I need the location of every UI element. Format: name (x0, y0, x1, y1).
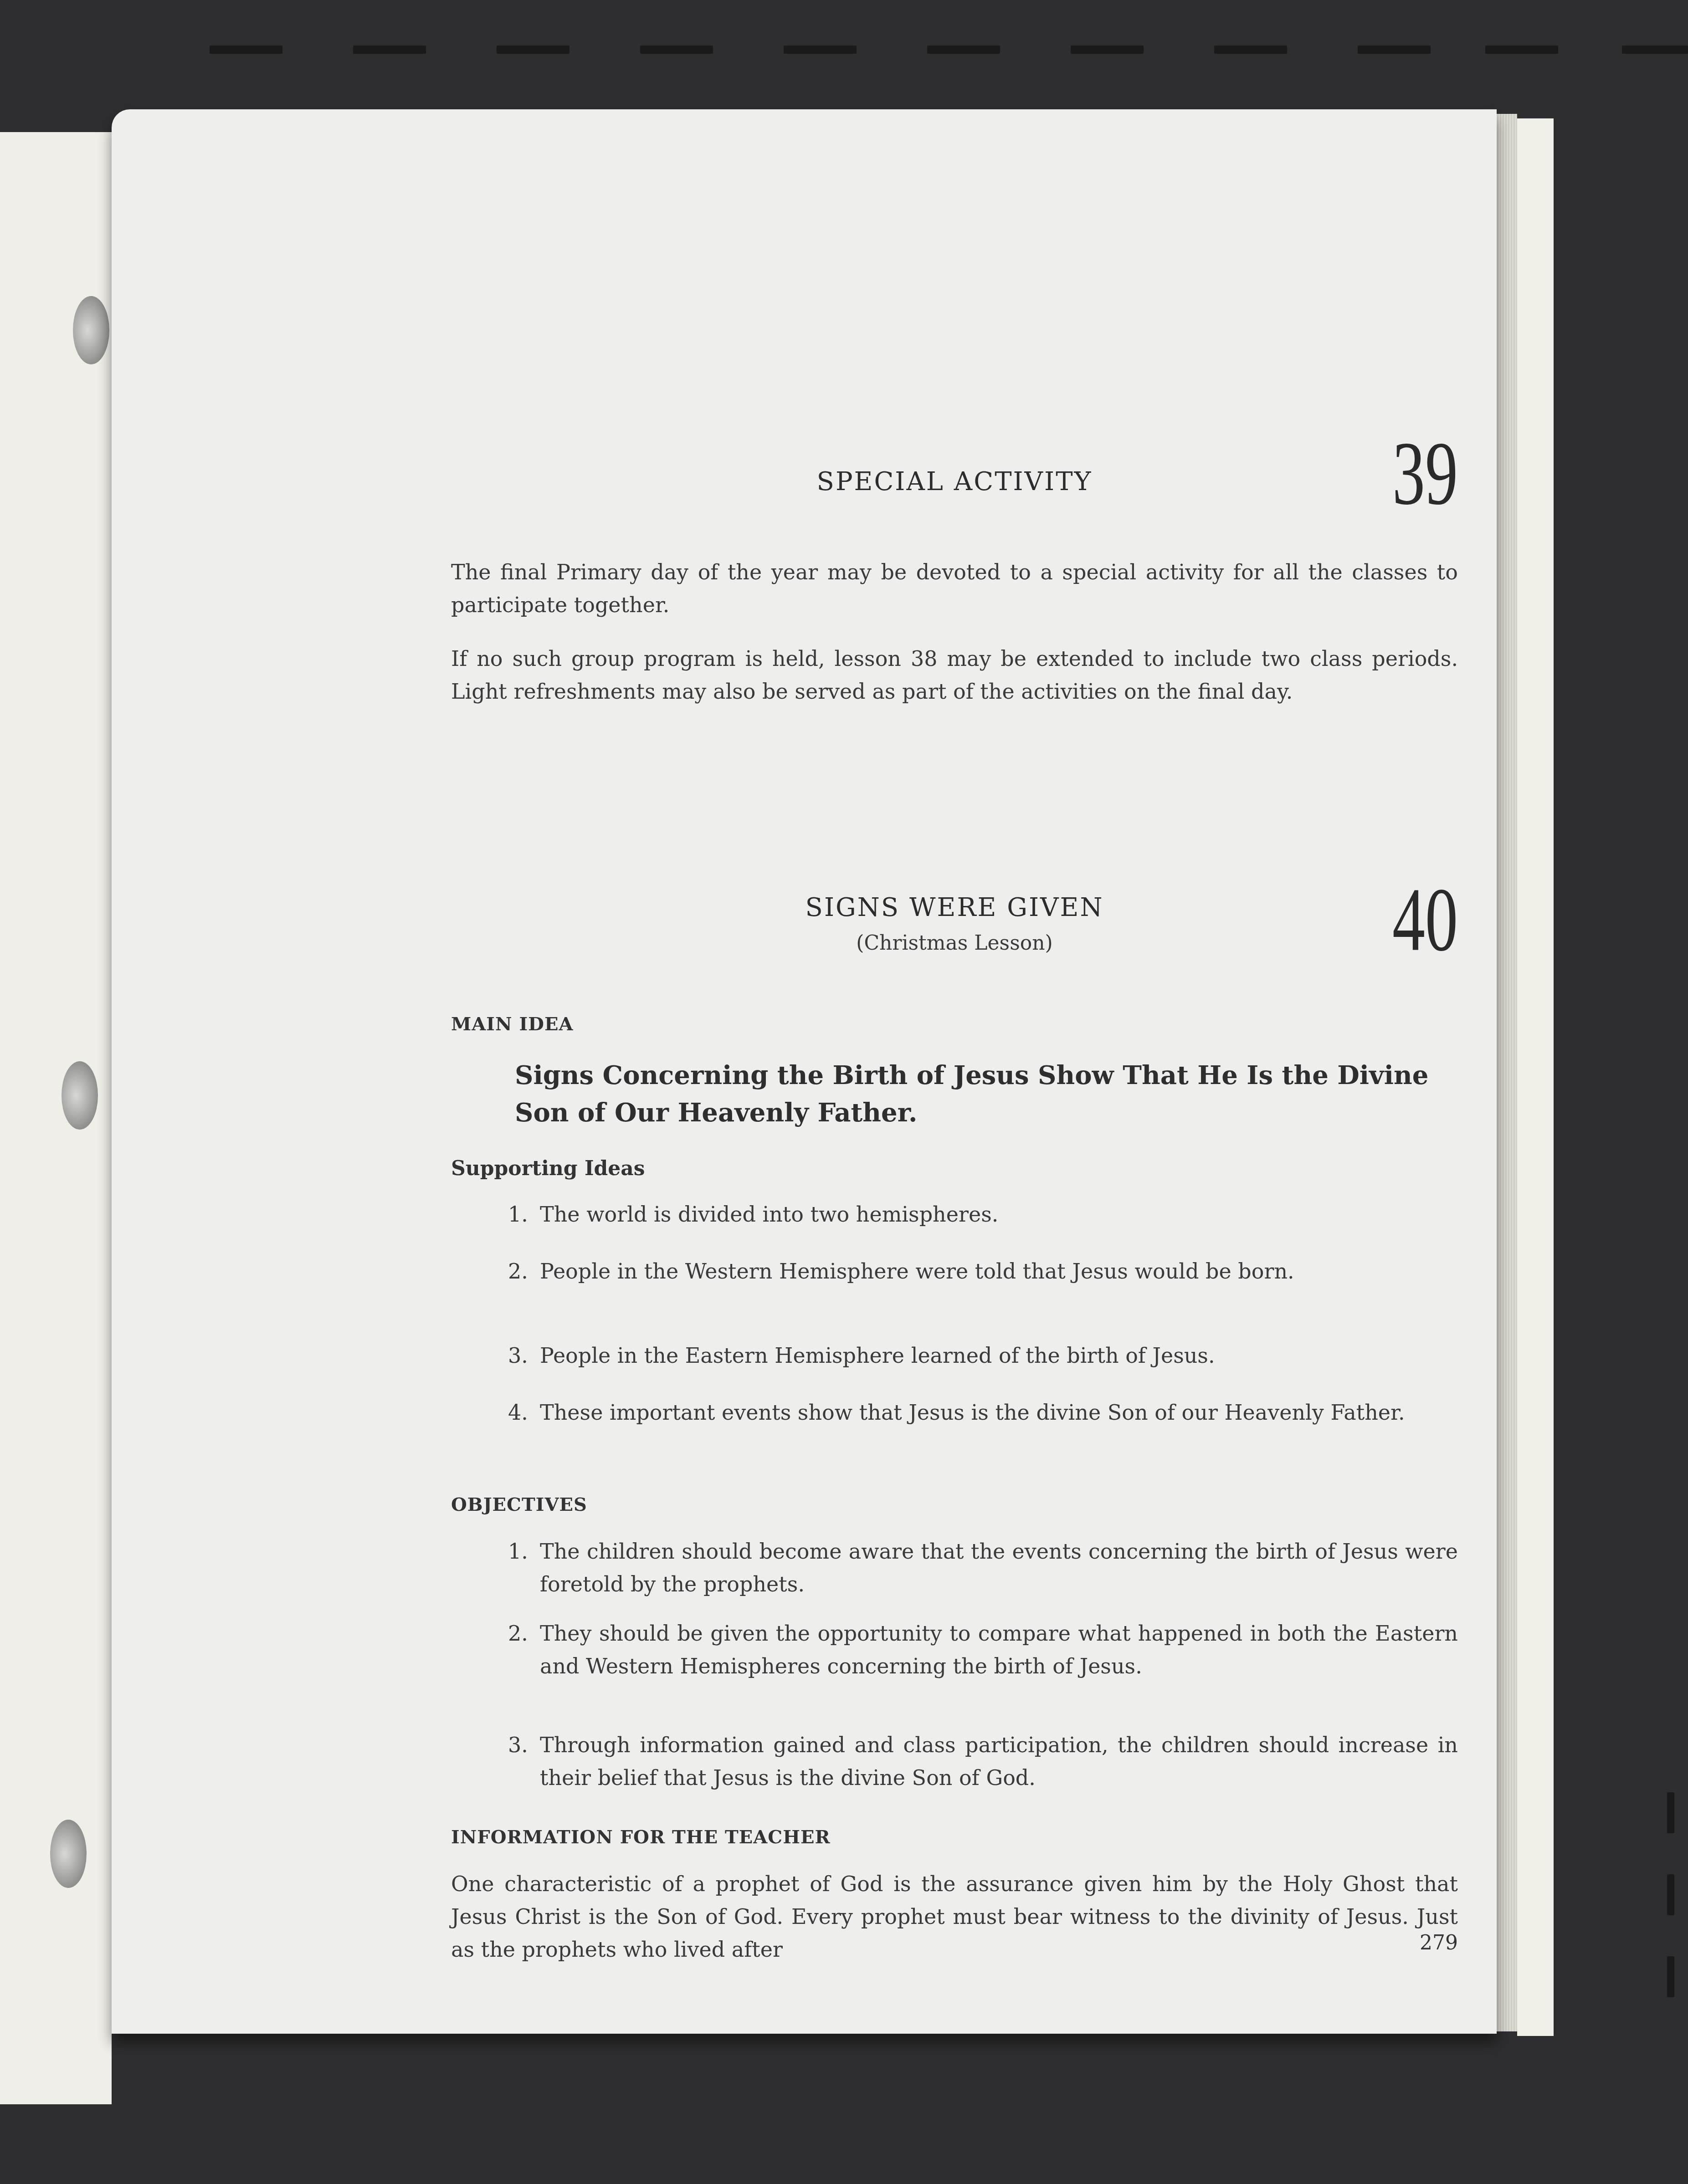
binder-hole (50, 1820, 87, 1888)
left-page-edge (0, 132, 112, 2104)
list-text: Through information gained and class par… (540, 1729, 1458, 1794)
binder-slot (1667, 1874, 1674, 1915)
objective-item: 3. Through information gained and class … (508, 1729, 1458, 1794)
binder-hole (73, 296, 109, 364)
binder-slot (497, 46, 570, 54)
list-text: People in the Western Hemisphere were to… (540, 1255, 1458, 1288)
list-text: The world is divided into two hemisphere… (540, 1198, 1458, 1231)
main-idea-statement: Signs Concerning the Birth of Jesus Show… (515, 1057, 1458, 1131)
supporting-idea-item: 2. People in the Western Hemisphere were… (508, 1255, 1458, 1288)
page-stack-back (1517, 118, 1554, 2036)
binder-slot (1358, 46, 1431, 54)
objectives-heading: OBJECTIVES (451, 1494, 587, 1515)
list-number: 2. (508, 1255, 540, 1288)
list-number: 4. (508, 1396, 540, 1429)
lesson-39-number: 39 (1392, 428, 1458, 519)
supporting-idea-item: 1. The world is divided into two hemisph… (508, 1198, 1458, 1231)
list-text: People in the Eastern Hemisphere learned… (540, 1339, 1458, 1372)
binder-slot (353, 46, 426, 54)
lesson-40-title: SIGNS WERE GIVEN (451, 893, 1458, 922)
binder-slot (640, 46, 713, 54)
binder-hole (62, 1061, 98, 1130)
objective-item: 2. They should be given the opportunity … (508, 1617, 1458, 1683)
binder-slot (1667, 1792, 1674, 1833)
supporting-idea-item: 4. These important events show that Jesu… (508, 1396, 1458, 1429)
lesson-39-title: SPECIAL ACTIVITY (451, 467, 1458, 496)
binder-slot (784, 46, 857, 54)
list-text: These important events show that Jesus i… (540, 1396, 1458, 1429)
list-number: 3. (508, 1729, 540, 1794)
binder-slot (1622, 46, 1688, 54)
list-text: The children should become aware that th… (540, 1535, 1458, 1601)
document-page: SPECIAL ACTIVITY 39 The final Primary da… (112, 109, 1497, 2034)
list-number: 3. (508, 1339, 540, 1372)
page-number: 279 (1420, 1931, 1458, 1954)
teacher-info-heading: INFORMATION FOR THE TEACHER (451, 1826, 831, 1848)
teacher-info-paragraph: One characteristic of a prophet of God i… (451, 1867, 1458, 1966)
binder-slot (1214, 46, 1287, 54)
binder-slot (210, 46, 282, 54)
lesson-40-subtitle: (Christmas Lesson) (451, 931, 1458, 955)
main-idea-heading: MAIN IDEA (451, 1013, 573, 1035)
lesson-39-paragraph: The final Primary day of the year may be… (451, 556, 1458, 621)
list-number: 2. (508, 1617, 540, 1683)
binder-slot (927, 46, 1000, 54)
lesson-39-paragraph: If no such group program is held, lesson… (451, 642, 1458, 708)
binder-slot (1485, 46, 1558, 54)
objective-item: 1. The children should become aware that… (508, 1535, 1458, 1601)
binder-slot (1071, 46, 1144, 54)
list-number: 1. (508, 1535, 540, 1601)
page-stack-edge (1494, 114, 1517, 2031)
supporting-idea-item: 3. People in the Eastern Hemisphere lear… (508, 1339, 1458, 1372)
binder-slot (1667, 1956, 1674, 1997)
list-number: 1. (508, 1198, 540, 1231)
supporting-ideas-heading: Supporting Ideas (451, 1157, 645, 1180)
list-text: They should be given the opportunity to … (540, 1617, 1458, 1683)
